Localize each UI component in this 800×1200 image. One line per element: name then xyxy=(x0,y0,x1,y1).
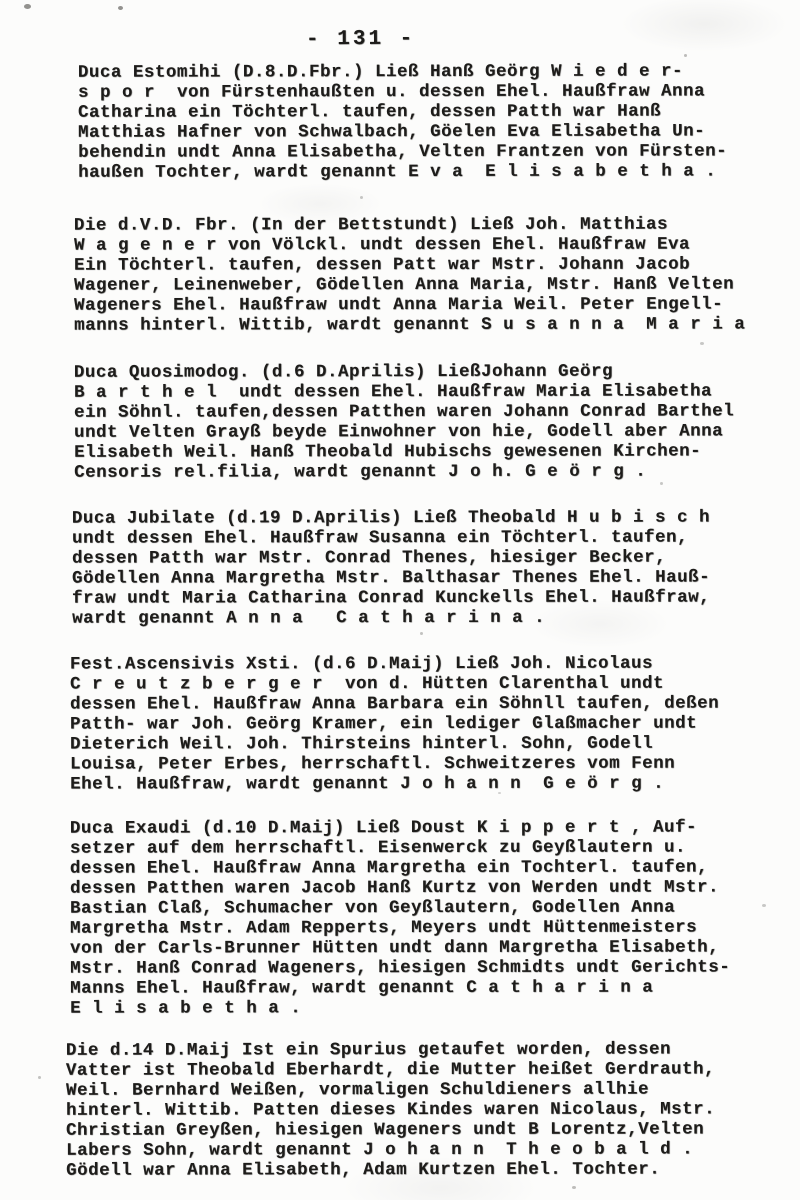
scan-speckle xyxy=(700,342,704,345)
page-content: Duca Estomihi (D.8.D.Fbr.) Ließ Hanß Geö… xyxy=(0,60,800,1180)
scan-speckle xyxy=(572,1186,576,1189)
scanned-register-page: - 131 - Duca Estomihi (D.8.D.Fbr.) Ließ … xyxy=(0,0,800,1200)
baptism-entry-estomihi: Duca Estomihi (D.8.D.Fbr.) Ließ Hanß Geö… xyxy=(78,61,800,183)
scan-speckle xyxy=(498,792,501,794)
page-number: - 131 - xyxy=(306,28,415,52)
scan-speckle xyxy=(24,4,31,9)
scan-speckle xyxy=(684,54,687,57)
scan-speckle xyxy=(762,904,766,907)
baptism-entry-exaudi: Duca Exaudi (d.10 D.Maij) Ließ Doust K i… xyxy=(70,817,800,1018)
scan-speckle xyxy=(660,482,663,485)
scan-speckle xyxy=(360,196,363,199)
baptism-entry-ascensivis: Fest.Ascensivis Xsti. (d.6 D.Maij) Ließ … xyxy=(70,653,800,794)
scan-speckle xyxy=(118,6,123,10)
scan-speckle xyxy=(312,472,315,474)
scan-speckle xyxy=(38,1076,41,1079)
scan-speckle xyxy=(420,632,423,635)
baptism-entry-jubilate: Duca Jubilate (d.19 D.Aprilis) Ließ Theo… xyxy=(72,507,800,628)
baptism-entry-quosimodog: Duca Quosimodog. (d.6 D.Aprilis) LießJoh… xyxy=(74,361,800,483)
baptism-entry-fbr-bettstundt: Die d.V.D. Fbr. (In der Bettstundt) Ließ… xyxy=(74,214,800,335)
baptism-entry-spurius: Die d.14 D.Maij Ist ein Spurius getaufet… xyxy=(66,1039,800,1181)
